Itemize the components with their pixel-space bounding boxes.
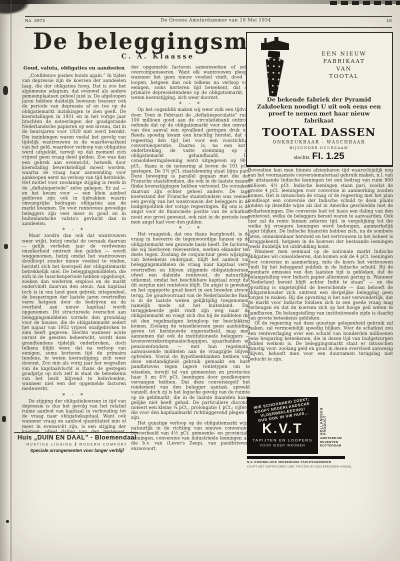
tootal-product-name: TOOTAL DASSEN <box>247 126 391 139</box>
scan-artifact <box>2 416 6 422</box>
tootal-ad-body: De bekende fabriek der Pyramid Zakdoeken… <box>253 96 385 124</box>
paragraph: Het gunstige verloop op de obligatiemark… <box>131 421 250 452</box>
paragraph: Maar zoodra dan ook dat wantrouwen weer … <box>22 234 126 392</box>
kvt-city: ROTTERDAM <box>320 445 342 449</box>
page-number: 15 <box>386 18 392 23</box>
price-amount: Fl. 1.25 <box>312 151 344 162</box>
issue-number: No. 2972 <box>25 18 45 23</box>
kvt-ad: WIE SCHOONHEID ZOEKT, KOOPT NEDERLANDSCH… <box>247 397 380 473</box>
section-separator: * · * <box>131 101 250 108</box>
kvt-brand-logo: K.V.T <box>247 421 318 437</box>
tootal-ad-line: VAN <box>299 65 389 73</box>
section-separator: * · * <box>22 227 126 234</box>
duinendaal-ad: Huis „DUIN EN DAAL” - Bloemendaal RUSTIG… <box>14 434 140 468</box>
paragraph: Wanneer men eenmaal op de nationale mark… <box>248 250 393 321</box>
factory-icon <box>261 37 289 50</box>
scan-artifact <box>10 0 12 561</box>
hotel-offer: Speciale arrangementen voor langer verbl… <box>14 448 140 453</box>
kvt-subtitle: VOOR IEDER INKOMEN <box>247 444 318 448</box>
header-rule-top <box>25 16 392 17</box>
kvt-city-list: AMSTERDAM DEVENTER ROTTERDAM <box>320 437 342 448</box>
header-rule-bottom <box>25 27 392 28</box>
paragraph: Op het oogenblik maken wij weer zulk een… <box>131 108 250 225</box>
hotel-name: Huis „DUIN EN DAAL” - Bloemendaal <box>14 434 140 441</box>
kvt-subtitle: TAPIJTEN EN LOOPERS <box>247 438 318 443</box>
paragraph: der opgemelde factoren samenwerken of ze… <box>131 65 250 101</box>
scan-artifact <box>0 0 9 561</box>
newspaper-page: No. 2972 De Groene Amsterdammer van 19 M… <box>0 0 400 561</box>
body-column-2: der opgemelde factoren samenwerken of ze… <box>131 65 250 461</box>
masthead: No. 2972 De Groene Amsterdammer van 19 M… <box>25 18 392 27</box>
paragraph: Of de regeering van deze gunstige gelege… <box>248 321 393 362</box>
paragraph: De stijging der obligatiekoersen in tijd… <box>22 399 126 432</box>
body-column-3: Bovendien kan men binnen afzienbaren tij… <box>248 168 393 394</box>
section-separator: * · * <box>22 392 126 399</box>
paragraph: Bovendien kan men binnen afzienbaren tij… <box>248 168 393 250</box>
scan-artifact <box>6 520 9 523</box>
kvt-ad-panel: WIE SCHOONHEID ZOEKT, KOOPT NEDERLANDSCH… <box>247 397 318 454</box>
masthead-title: De Groene Amsterdammer van 19 Mei 1934 <box>161 18 271 23</box>
kvt-footer-line: KOOPT MET VERTROUWEN UWE TAPIJTEN BIJ DE… <box>247 466 379 469</box>
tootal-price: slechts Fl. 1.25 <box>247 151 391 162</box>
tootal-ad: EEN NIEUW FABRIKAAT VAN TOOTAL De bekend… <box>246 32 393 167</box>
paragraph: Het vraagstuk, dat ons thans bezighoudt,… <box>131 232 250 421</box>
scan-artifact <box>4 244 8 249</box>
necktie-illustration <box>264 56 284 97</box>
tootal-quality-line: ONKREUKBAAR - WASCHBAAR <box>247 140 391 145</box>
tootal-ad-line: TOOTAL <box>299 73 389 81</box>
body-column-1: Goud, valuta, obligaties en aandeelen „C… <box>22 66 126 432</box>
paragraph: „Confidence pushes bonds again.” In tijd… <box>22 74 126 227</box>
necktie-knot-illustration <box>268 51 280 58</box>
kvt-company-line: N.V. KONINKLIJKE VEREENIGDE TAPIJTFABRIE… <box>247 461 367 464</box>
section-heading: Goud, valuta, obligaties en aandeelen <box>22 66 126 71</box>
scan-artifact <box>3 86 8 95</box>
price-prefix: slechts <box>294 156 310 161</box>
kvt-vertical-text: HOLLANDSCH PRODUCT <box>320 397 327 435</box>
tootal-ad-header: EEN NIEUW FABRIKAAT VAN TOOTAL <box>299 50 389 80</box>
tootal-quality-line: BIJZONDER DUURZAAM <box>247 146 391 150</box>
section-separator: * · * <box>131 225 250 232</box>
ad-divider-rule <box>14 432 138 433</box>
scan-artifact <box>330 1 400 5</box>
tootal-ad-line: EEN NIEUW <box>299 50 389 58</box>
kvt-divider-bar <box>247 456 345 459</box>
tootal-ad-line: FABRIKAAT <box>299 58 389 66</box>
hotel-features: RUSTIGE LIGGING ⁑ MODERN COMFORT <box>14 443 140 447</box>
